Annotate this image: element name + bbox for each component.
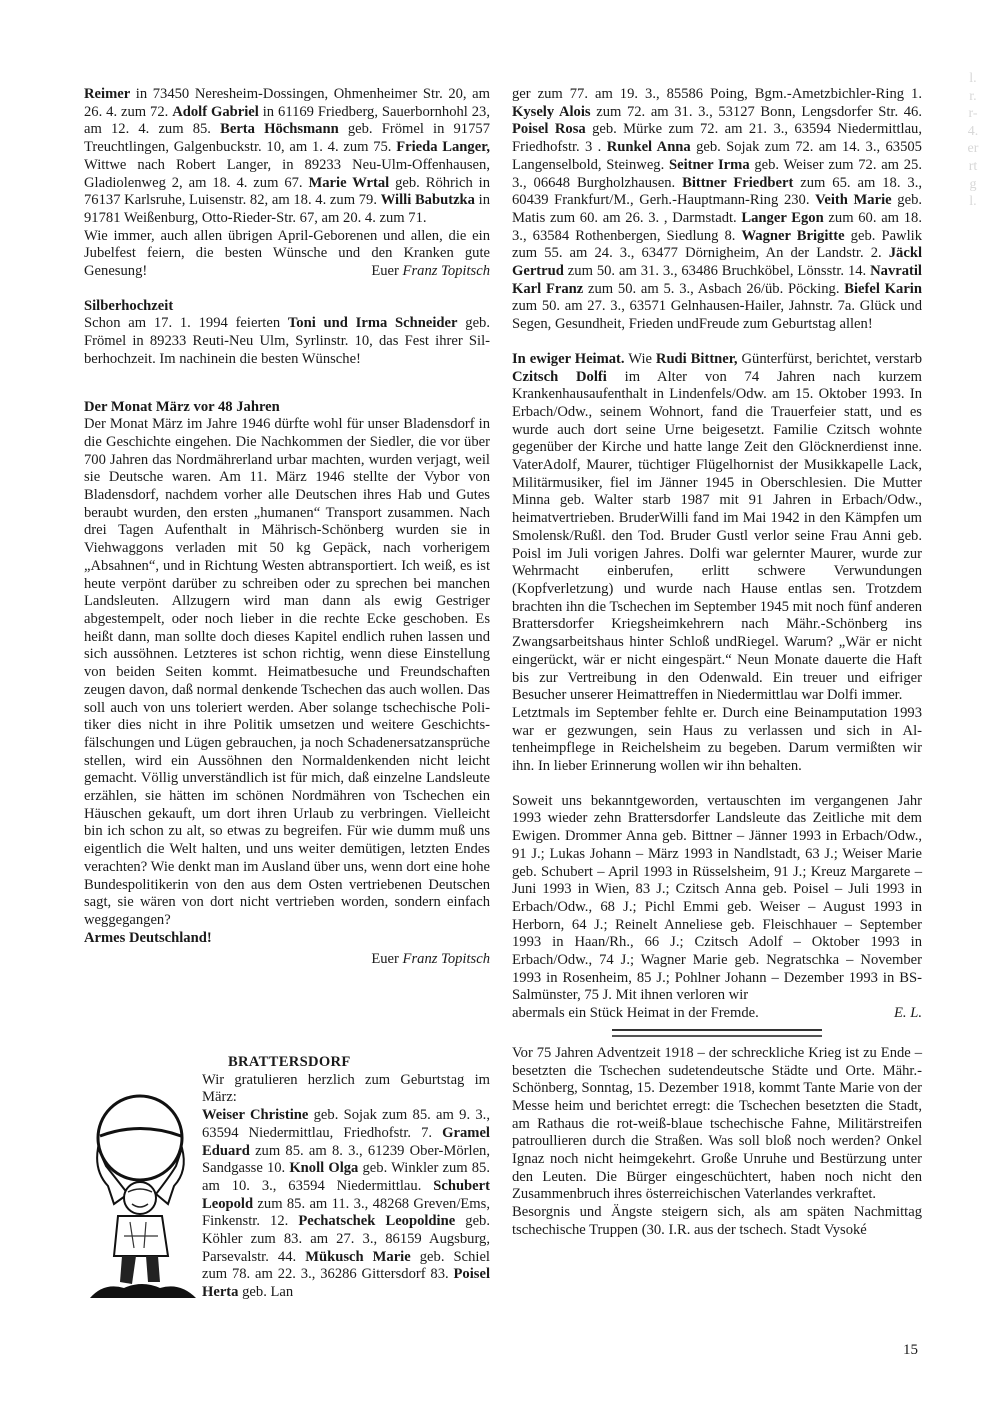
bleed-mark: r- [958, 105, 988, 123]
bleed-mark: rt [958, 158, 988, 176]
atlas-figure-icon [84, 1076, 202, 1306]
person-name: Runkel Anna [607, 139, 691, 155]
bleed-mark: l. [958, 70, 988, 88]
person-name: Berta Höchsmann [220, 121, 339, 137]
text: zum 50. am 31. 3., 63486 Bruchköbel, Lön… [564, 263, 870, 279]
bleed-mark: l. [958, 193, 988, 211]
bleed-mark: 4. [958, 123, 988, 141]
person-name: Seitner Irma [669, 157, 750, 173]
person-name: Langer Egon [741, 210, 823, 226]
person-name: Rudi Bittner, [656, 351, 738, 367]
page-number: 15 [903, 1342, 918, 1359]
person-name: Wagner Brigitte [742, 228, 845, 244]
section-heading-march: Der Monat März vor 48 Jahren [84, 399, 490, 417]
advent-1918-paragraph-2: Besorgnis und Ängste steigern sich, als … [512, 1204, 922, 1239]
bleed-mark: r. [958, 88, 988, 106]
text: Wie [625, 351, 656, 367]
person-name: Reimer [84, 86, 130, 102]
brattersdorf-text: BRATTERSDORF Wir gratulieren herzlich zu… [202, 1054, 490, 1302]
march-birthdays-continued: ger zum 77. am 19. 3., 85586 Poing, Bgm.… [512, 86, 922, 334]
right-column: ger zum 77. am 19. 3., 85586 Poing, Bgm.… [512, 86, 922, 1240]
person-name: Poisel Rosa [512, 121, 586, 137]
section-divider [612, 1029, 822, 1037]
text: Schon am 17. 1. 1994 feierten [84, 315, 288, 331]
couple-names: Toni und Irma Schneider [288, 315, 458, 331]
deaths-1993-closing: abermals ein Stück Heimat in der Fremde.… [512, 1005, 922, 1023]
person-name: Marie Wrtal [308, 175, 389, 191]
closing-line: abermals ein Stück Heimat in der Fremde. [512, 1005, 759, 1023]
person-name: Willi Babutzka [381, 192, 475, 208]
person-name: Czitsch Dolfi [512, 369, 607, 385]
text: zum 72. am 31. 3., 53127 Bonn, Lengsdorf… [591, 104, 922, 120]
person-name: Pechat­schek Leopoldine [298, 1213, 455, 1229]
bleed-mark: g [958, 176, 988, 194]
signature-prefix: Euer [371, 263, 402, 279]
person-name: Frieda Langer, [396, 139, 490, 155]
exclamation: Armes Deutschland! [84, 930, 490, 948]
text: Günterfürst, berichtet, verstarb [738, 351, 922, 367]
left-column: Reimer in 73450 Neresheim-Dossingen, Ohm… [84, 86, 490, 969]
section-heading-brattersdorf: BRATTERSDORF [202, 1054, 490, 1072]
text: zum 50. am 5. 3., Asbach 26/üb. Pöcking. [583, 281, 844, 297]
march-article-body: Der Monat März im Jahre 1946 dürfte wohl… [84, 416, 490, 929]
person-name: Weiser Christine [202, 1107, 308, 1123]
bleed-mark: er [958, 140, 988, 158]
person-name: Kysely Alois [512, 104, 591, 120]
advent-1918-paragraph-1: Vor 75 Jahren Adventzeit 1918 – der schr… [512, 1045, 922, 1204]
signature: Euer Franz Topitsch [84, 951, 490, 969]
signature-prefix: Euer [371, 951, 402, 967]
signature-name: Franz Topitsch [403, 263, 490, 279]
text: ger zum 77. am 19. 3., 85586 Poing, Bgm.… [512, 86, 922, 102]
section-heading-silver-wedding: Silberhochzeit [84, 298, 490, 316]
author-initials: E. L. [894, 1005, 922, 1023]
obituary-czitsch-dolfi: In ewiger Heimat. Wie Rudi Bittner, Günt… [512, 351, 922, 705]
person-name: Knoll Olga [289, 1160, 358, 1176]
person-name: Biefel Karin [844, 281, 922, 297]
person-name: Bittner Friedbert [682, 175, 793, 191]
person-name: Mü­kusch Marie [305, 1249, 411, 1265]
text: geb. Lan­ [238, 1284, 293, 1300]
person-name: In ewiger Heimat. [512, 351, 625, 367]
march-birthdays-paragraph: Weiser Christine geb. Sojak zum 85. am 9… [202, 1107, 490, 1302]
brattersdorf-intro: Wir gratulieren herzlich zum Geburtstag … [202, 1072, 490, 1107]
silver-wedding-text: Schon am 17. 1. 1994 feierten Toni und I… [84, 315, 490, 368]
text: zum 50. am 27. 3., 63571 Gelnhausen-Hail… [512, 298, 922, 332]
deaths-1993-body: Soweit uns bekanntgeworden, vertauschten… [512, 793, 922, 1005]
april-birthdays-paragraph: Reimer in 73450 Neresheim-Dossingen, Ohm… [84, 86, 490, 228]
text: im Alter von 74 Jahren nach kurzem Krank… [512, 369, 922, 704]
person-name: Adolf Gabriel [172, 104, 259, 120]
bleed-through-text: l.r.r-4.errtgl. [958, 70, 988, 211]
obituary-second-paragraph: Letztmals im September fehlte er. Durch … [512, 705, 922, 776]
person-name: Veith Marie [815, 192, 891, 208]
signature-name: Franz Topitsch [403, 951, 490, 967]
